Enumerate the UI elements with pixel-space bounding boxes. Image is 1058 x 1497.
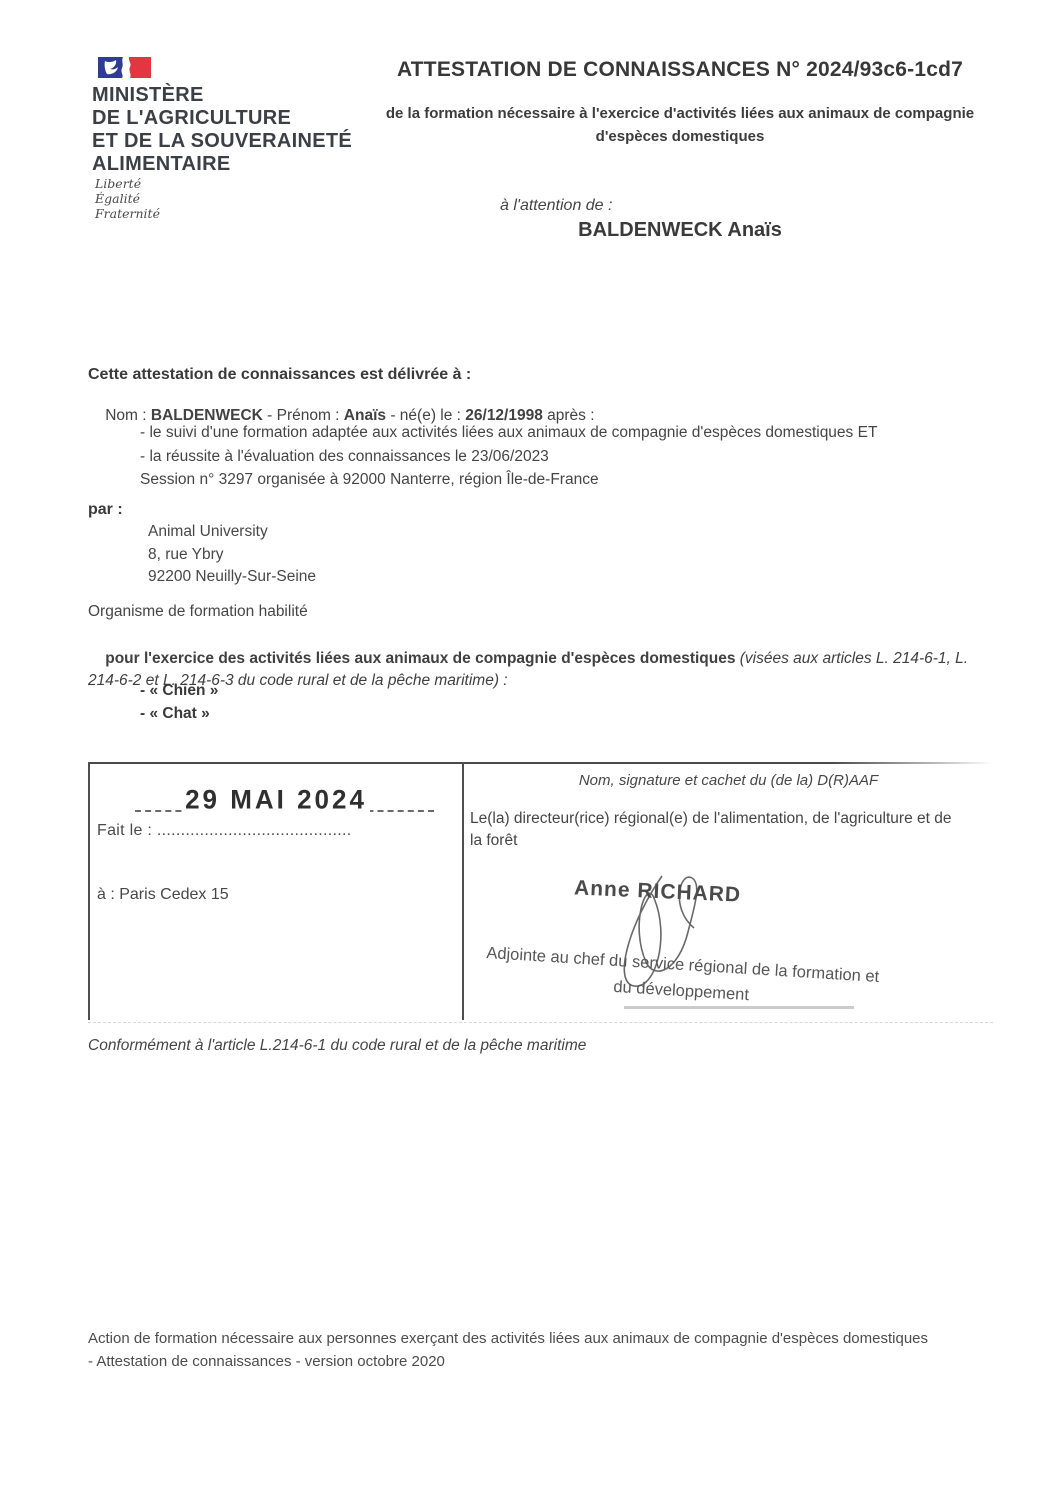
motto-line: Fraternité	[95, 206, 160, 221]
organization-address: Animal University 8, rue Ybry 92200 Neui…	[148, 521, 316, 589]
session-line: Session n° 3297 organisée à 92000 Nanter…	[140, 468, 877, 492]
signature-cell: Nom, signature et cachet du (de la) D(R)…	[464, 762, 993, 1020]
scan-smudge-line	[624, 1006, 854, 1009]
species-chat: - « Chat »	[140, 702, 218, 725]
habilitation-detail: pour l'exercice des activités liées aux …	[88, 625, 996, 715]
delivered-heading: Cette attestation de connaissances est d…	[88, 366, 471, 384]
organization-name: Animal University	[148, 521, 316, 544]
footer-line: - Attestation de connaissances - version…	[88, 1350, 1018, 1373]
date-stamp: 29 MAI 2024	[90, 783, 462, 815]
french-flag-logo	[96, 56, 154, 86]
flag-red-field	[129, 57, 151, 78]
fait-le-dots: ........................................…	[157, 822, 352, 839]
date-stamp-value: 29 MAI 2024	[182, 783, 370, 814]
ministry-name-line: DE L'AGRICULTURE	[92, 107, 352, 130]
ministry-motto: Liberté Égalité Fraternité	[95, 176, 160, 221]
signature-box: 29 MAI 2024 Fait le : ..................…	[88, 762, 993, 1023]
footer-line: Action de formation nécessaire aux perso…	[88, 1327, 1018, 1350]
par-label: par :	[88, 501, 123, 519]
ministry-name: MINISTÈRE DE L'AGRICULTURE ET DE LA SOUV…	[92, 84, 352, 176]
species-chien: - « Chien »	[140, 679, 218, 702]
motto-line: Liberté	[95, 176, 160, 191]
attention-label: à l'attention de :	[500, 197, 612, 215]
signature-box-header: Nom, signature et cachet du (de la) D(R)…	[464, 772, 993, 789]
recipient-name: BALDENWECK Anaïs	[330, 219, 1030, 242]
condition-line: - le suivi d'une formation adaptée aux a…	[140, 421, 877, 445]
condition-line: - la réussite à l'évaluation des connais…	[140, 445, 877, 469]
habilitation-bold-text: pour l'exercice des activités liées aux …	[105, 650, 735, 667]
footer-note: Action de formation nécessaire aux perso…	[88, 1327, 1018, 1373]
document-title: ATTESTATION DE CONNAISSANCES N° 2024/93c…	[330, 58, 1030, 82]
ministry-name-line: ALIMENTAIRE	[92, 153, 352, 176]
ministry-name-line: ET DE LA SOUVERAINETÉ	[92, 130, 352, 153]
conditions-list: - le suivi d'une formation adaptée aux a…	[140, 421, 877, 492]
habilitation-line: Organisme de formation habilité	[88, 603, 308, 621]
date-place-cell: 29 MAI 2024 Fait le : ..................…	[90, 762, 462, 1020]
legal-note: Conformément à l'article L.214-6-1 du co…	[88, 1037, 586, 1055]
director-title: Le(la) directeur(rice) régional(e) de l'…	[470, 808, 966, 852]
place-line: à : Paris Cedex 15	[97, 886, 229, 904]
organization-city: 92200 Neuilly-Sur-Seine	[148, 566, 316, 589]
organization-street: 8, rue Ybry	[148, 544, 316, 567]
species-list: - « Chien » - « Chat »	[140, 679, 218, 725]
fait-le-line: Fait le : ..............................…	[97, 822, 351, 840]
flag-icon	[96, 56, 154, 86]
motto-line: Égalité	[95, 191, 160, 206]
fait-le-label: Fait le :	[97, 822, 152, 839]
certificate-page: MINISTÈRE DE L'AGRICULTURE ET DE LA SOUV…	[0, 0, 1058, 1497]
document-subtitle: de la formation nécessaire à l'exercice …	[360, 102, 1000, 148]
ministry-name-line: MINISTÈRE	[92, 84, 352, 107]
